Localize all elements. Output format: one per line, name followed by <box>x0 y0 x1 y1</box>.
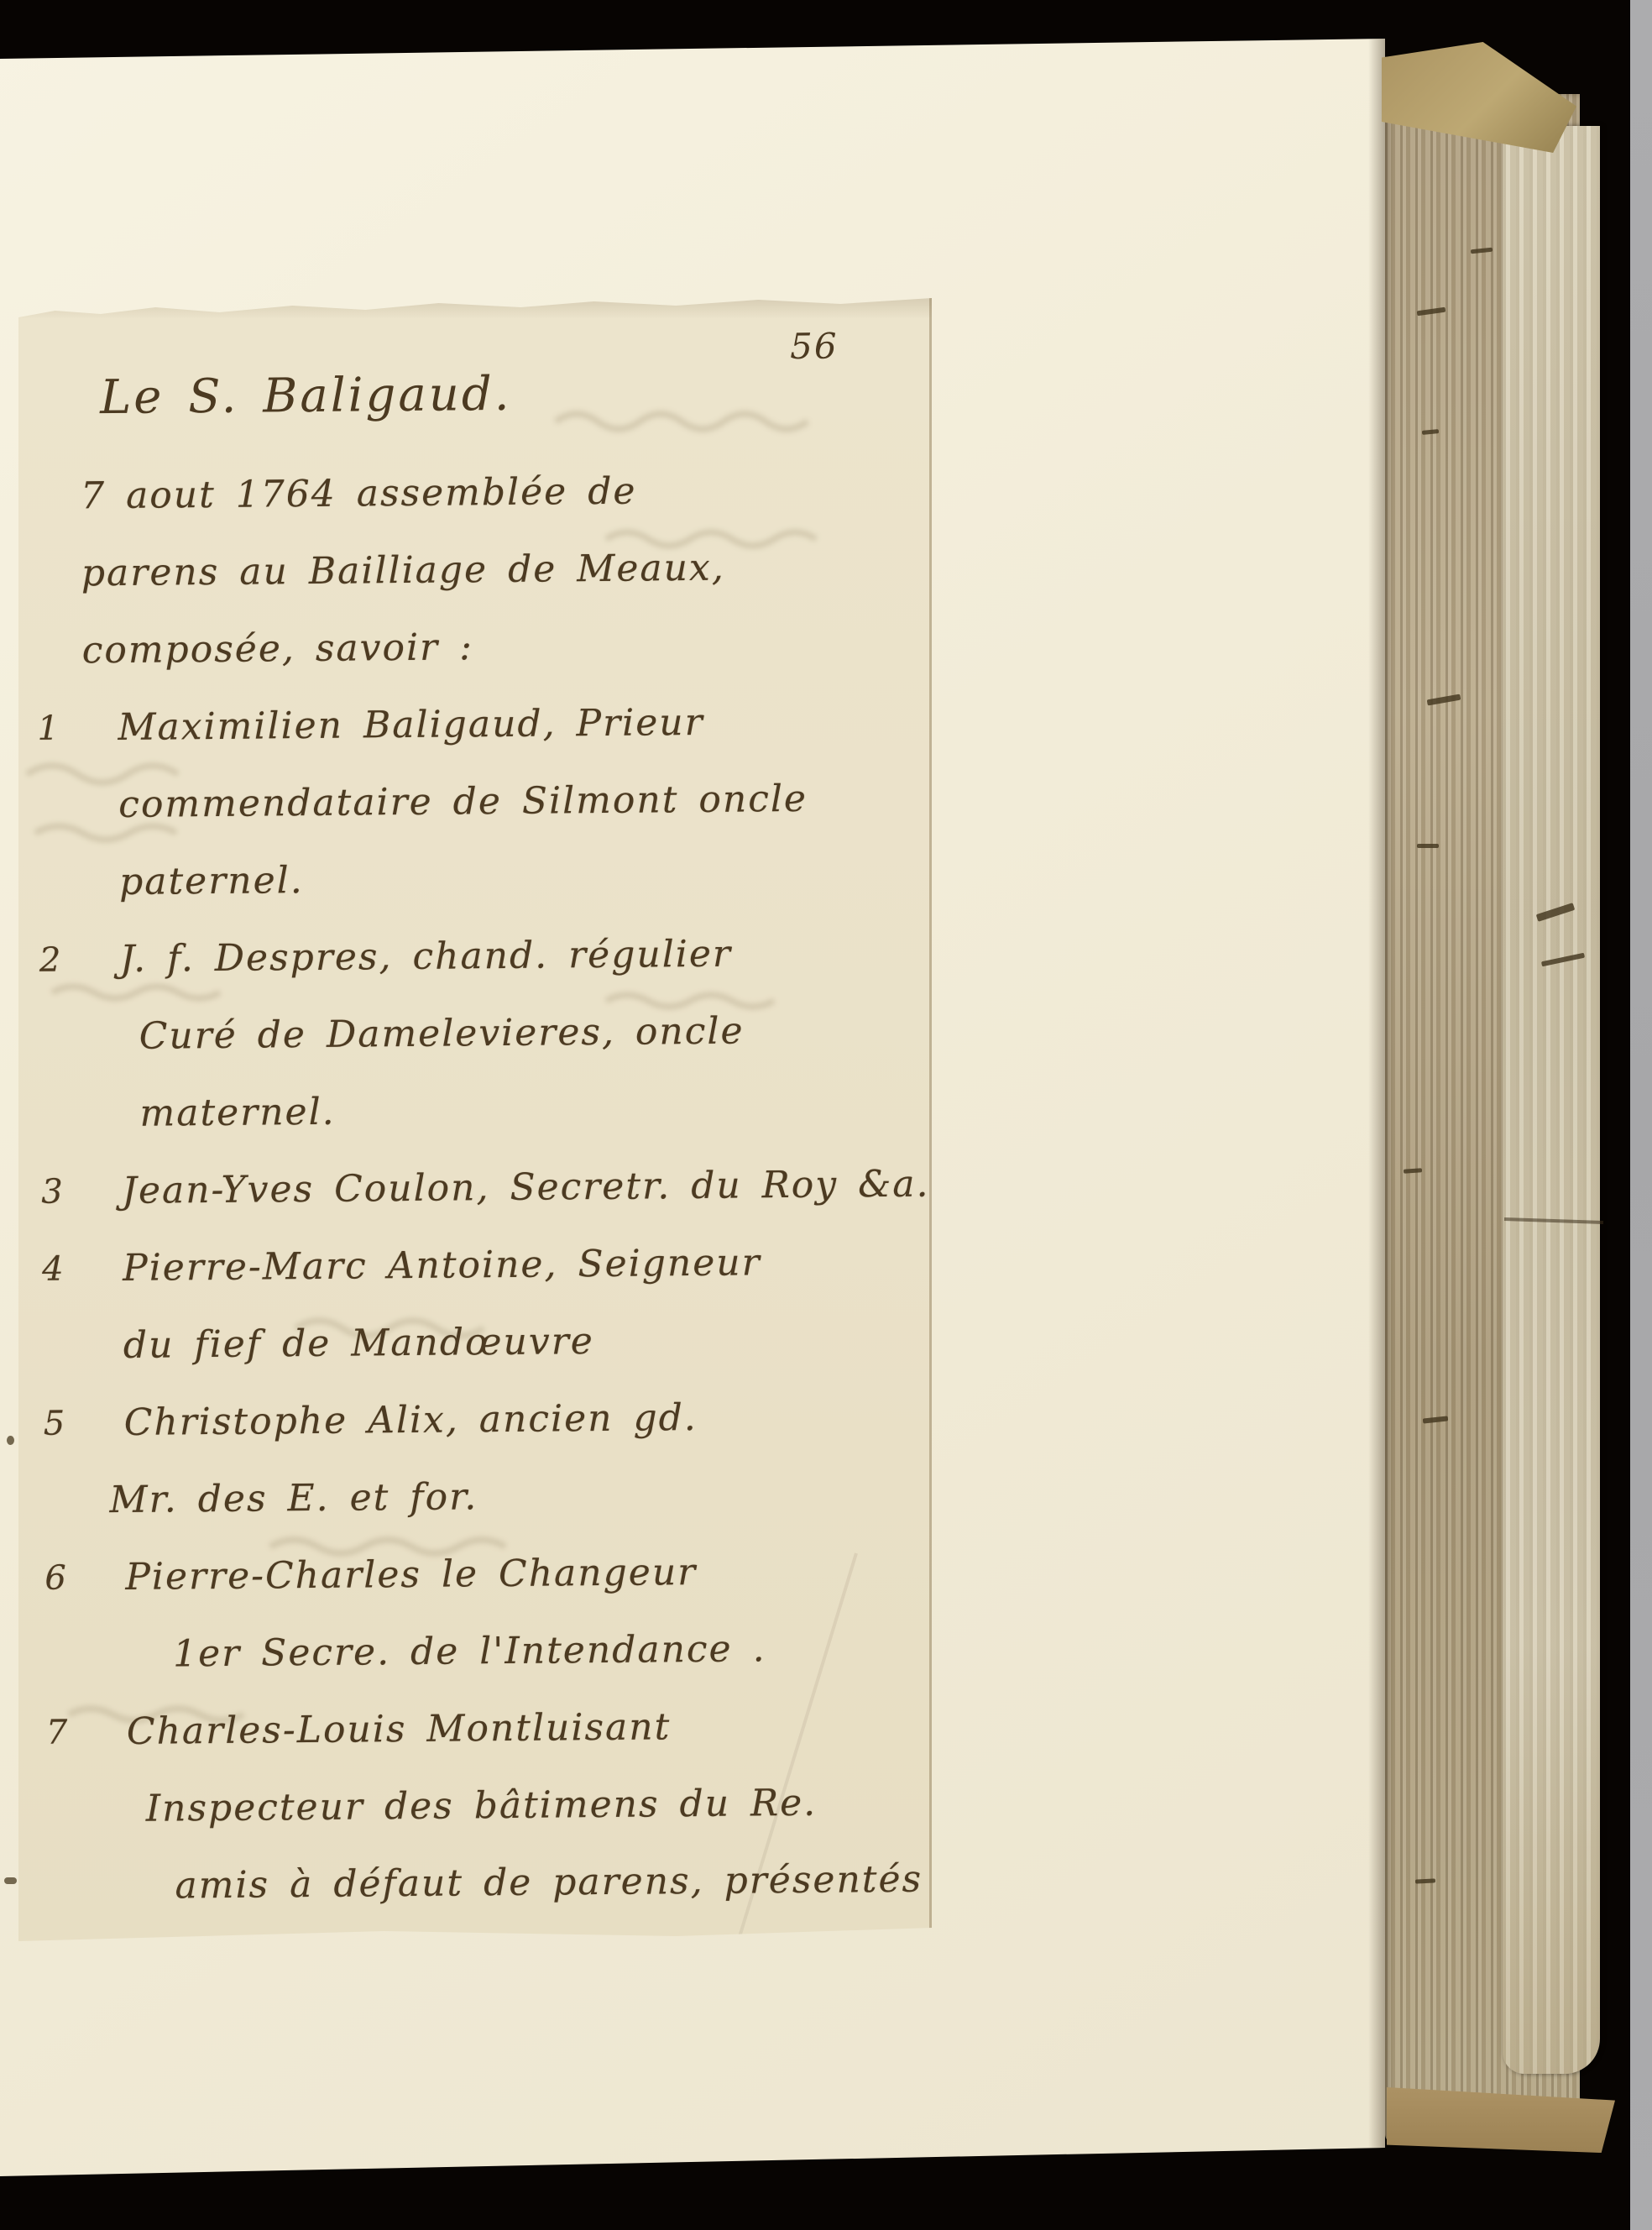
attendee-number: 1 <box>22 689 119 922</box>
manuscript-line: Mr. des E. et for. <box>109 1454 943 1539</box>
intro-paragraph: 7 aout 1764 assemblée de parens au Baill… <box>20 450 935 689</box>
attendee-number: 7 <box>31 1693 128 1926</box>
manuscript-line: Pierre-Marc Antoine, Seigneur <box>123 1222 941 1306</box>
attendee-entry: 5 Christophe Alix, ancien gd. Mr. des E.… <box>28 1377 943 1539</box>
manuscript-line: Charles-Louis Montluisant <box>127 1686 945 1770</box>
attendee-entry: 1 Maximilien Baligaud, Prieur commendata… <box>22 682 937 921</box>
attendee-entry: 4 Pierre-Marc Antoine, Seigneur du fief … <box>27 1222 942 1385</box>
manuscript-line: composée, savoir : <box>21 605 935 689</box>
manuscript-line: Curé de Damelevieres, oncle <box>139 991 938 1075</box>
document-title: Le S. Baligaud. <box>19 362 933 428</box>
margin-dot <box>7 1436 14 1445</box>
manuscript-line: parens au Bailliage de Meaux, <box>20 527 934 612</box>
attendee-entry: 2 J. f. Despres, chand. régulier Curé de… <box>24 913 939 1153</box>
manuscript-line: 1er Secre. de l'Intendance . <box>173 1609 944 1693</box>
manuscript-line: Pierre-Charles le Changeur <box>125 1531 944 1615</box>
scanner-strip <box>1630 0 1652 2230</box>
page-gutter-shadow <box>1368 39 1385 2148</box>
attendee-number: 3 <box>26 1153 123 1231</box>
manuscript-slip: 56 Le S. Baligaud. 7 aout 1764 assemblée… <box>18 296 932 1943</box>
manuscript-line: Maximilien Baligaud, Prieur <box>118 682 936 766</box>
manuscript-line: amis à défaut de parens, présentés <box>175 1840 946 1924</box>
manuscript-line: Christophe Alix, ancien gd. <box>123 1377 942 1461</box>
attendee-entry: 7 Charles-Louis Montluisant Inspecteur d… <box>31 1686 946 1925</box>
manuscript-line: 7 aout 1764 assemblée de <box>20 450 934 535</box>
ink-mark <box>1417 844 1439 848</box>
margin-dash <box>4 1877 17 1884</box>
manuscript-line: maternel. <box>139 1068 939 1152</box>
fore-edge-bottom-edge <box>1387 2087 1615 2153</box>
attendee-entry: 6 Pierre-Charles le Changeur 1er Secre. … <box>29 1531 944 1693</box>
manuscript-text: 56 Le S. Baligaud. 7 aout 1764 assemblée… <box>18 288 947 2017</box>
manuscript-line: J. f. Despres, chand. régulier <box>120 913 938 997</box>
scanned-book-photo: { "document": { "page_number": "56", "ti… <box>0 0 1652 2230</box>
page-number: 56 <box>790 325 839 366</box>
manuscript-line: du fief de Mandœuvre <box>123 1300 942 1384</box>
attendee-number: 2 <box>24 921 122 1154</box>
manuscript-line: paternel. <box>119 836 938 920</box>
fore-edge-outer-leaves <box>1503 126 1600 2074</box>
manuscript-line: Jean-Yves Coulon, Secretr. du Roy &a. <box>122 1145 940 1229</box>
attendee-number: 6 <box>29 1539 127 1694</box>
attendee-entry: 3 Jean-Yves Coulon, Secretr. du Roy &a. <box>26 1145 940 1230</box>
manuscript-line: Inspecteur des bâtimens du Re. <box>145 1763 945 1847</box>
manuscript-line: commendataire de Silmont oncle <box>118 759 937 843</box>
attendee-number: 4 <box>27 1230 124 1385</box>
